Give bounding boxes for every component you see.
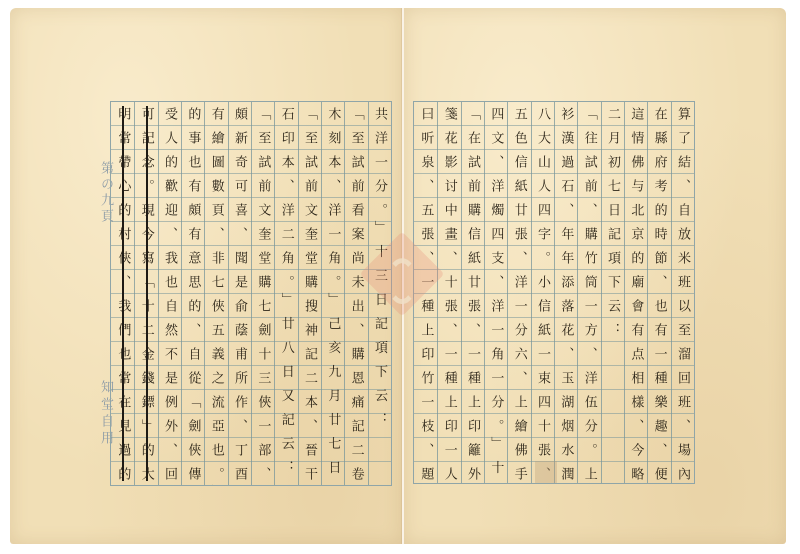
manuscript-column: 五色信紙廿張、洋一分六、上繪佛手柿二物、杖鶴紙四張、 — [507, 102, 530, 483]
manuscript-column: 石印本、洋二角。」廿八日又記云： — [274, 102, 297, 485]
manuscript-spread: 第の九頁 知堂自用 共洋一分。」十三日記項下云： 「至試前看案尚未出、購恩痛記二… — [8, 8, 788, 544]
manuscript-column: 這情佛与北京的廟會有点相樣、今略舉數例於後。戊戌十 — [624, 102, 647, 483]
manuscript-column: 木刻本、洋一角。」己亥九月廿七日記項下云： — [321, 102, 344, 485]
manuscript-column: 有繪圖數頁、非七俠五義之流亞也。」這書受讀七劍十三俠 — [204, 102, 227, 485]
manuscript-column: 「在試前購信紙廿張、一種上印籬外牡丹一株、題曰一 — [461, 102, 484, 483]
struck-through-column: 可記念。現今寫「十二金錢鏢」的大謂實在羽先生、原也是走 — [134, 102, 157, 485]
manuscript-column: 八大山人四字。小信紙一束四十張、洋二分、上印鴉析函 — [531, 102, 554, 483]
manuscript-column: 箋花影讨中畫、十張、一種上印一人背後有泉作听狀、題 — [437, 102, 460, 483]
manuscript-column: 受人的歡迎、我也自然不是例外、回想當時的情形覺得深 — [158, 102, 181, 485]
manuscript-column: 衫漢過石、年年添落花、玉湖烟水潤、何处浣春紗、下刻 — [554, 102, 577, 483]
manuscript-column: 的事也有頗有意思的、自從「劍俠傳」以後、這類的書一向 — [181, 102, 204, 485]
manuscript-column: 算了結、自放米班以至溜回班、場內的人逾走出去了。 — [671, 102, 694, 483]
manuscript-column: 二月初七日記項下云： — [601, 102, 624, 483]
manuscript-column: 「至試前看案尚未出、購恩痛記二卷、江寧李圭小池撰、 — [344, 102, 367, 485]
right-manuscript-grid: 算了結、自放米班以至溜回班、場內的人逾走出去了。 在縣府考的時節、也有一種樂趣、… — [413, 101, 695, 484]
left-manuscript-grid: 共洋一分。」十三日記項下云： 「至試前看案尚未出、購恩痛記二卷、江寧李圭小池撰、… — [110, 101, 392, 486]
left-page: 第の九頁 知堂自用 共洋一分。」十三日記項下云： 「至試前看案尚未出、購恩痛記二… — [10, 8, 402, 544]
manuscript-column: 「往試前、購竹筒一方、洋伍分。上面刻讨一绝曰、紅 — [577, 102, 600, 483]
erased-cell-mark — [535, 461, 557, 483]
right-page: 算了結、自放米班以至溜回班、場內的人逾走出去了。 在縣府考的時節、也有一種樂趣、… — [404, 8, 786, 544]
struck-through-column: 明常帶心的村俠、我們也常在見過的、閱此然未也見由十 — [111, 102, 134, 485]
manuscript-column: 頗新奇可喜、聞是俞蔭甫所作、丁酉年石印、凡六十回、 — [228, 102, 251, 485]
manuscript-column: 四文、洋燭四支、洋一角一分。」十一日記項下云： — [484, 102, 507, 483]
manuscript-column: 「至試前文奎堂購七劍十三俠一部、凡六本。閱一過、 — [251, 102, 274, 485]
manuscript-column: 在縣府考的時節、也有一種樂趣、便是買多和文房具、 — [647, 102, 670, 483]
manuscript-column: 「至試前文奎堂購搜神記二本、晉干宝撰、凡二十卷、 — [298, 102, 321, 485]
